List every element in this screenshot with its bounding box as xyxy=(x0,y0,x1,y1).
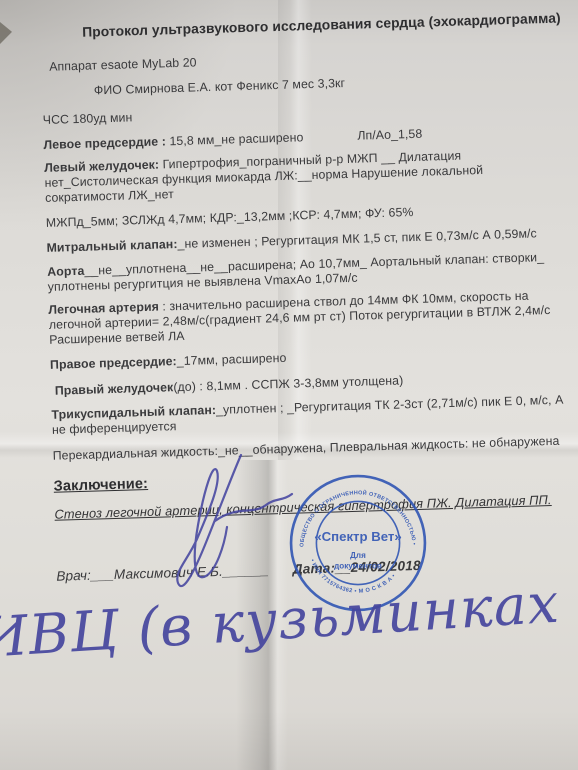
right-ventricle-label: Правый желудочек xyxy=(55,380,174,398)
bottom-shade xyxy=(0,710,578,770)
right-atrium-label: Правое предсердие: xyxy=(50,354,177,372)
patient-line: ФИО Смирнова Е.А. кот Феникс 7 мес 3,3кг xyxy=(94,69,558,98)
stamp-center-sub1: Для xyxy=(350,551,366,560)
right-ventricle-value: (до) : 8,1мм . ССПЖ 3-3,8мм утолщена) xyxy=(173,373,403,394)
aorta-label: Аорта xyxy=(47,264,85,279)
photo-corner-speck xyxy=(0,22,12,44)
pulmonary-artery-value: : значительно расширена ствол до 14мм ФК… xyxy=(49,288,551,346)
stamp-center-name: «Спектр Вет» xyxy=(314,529,401,544)
tricuspid-valve-line: Трикуспидальный клапан:_уплотнен ; _Регу… xyxy=(51,392,568,437)
right-atrium-value: _17мм, расширено xyxy=(177,351,287,368)
tricuspid-valve-label: Трикуспидальный клапан: xyxy=(51,403,216,422)
mitral-valve-label: Митральный клапан: xyxy=(46,237,177,255)
heart-rate-line: ЧСС 180уд мин xyxy=(43,97,559,127)
document-photo: Протокол ультразвукового исследования се… xyxy=(0,0,578,770)
left-ventricle-value: Гипертрофия_пограничный р-р МЖП __ Дилат… xyxy=(44,148,483,204)
left-atrium-value: 15,8 мм_не расширено xyxy=(166,130,304,148)
stamp-center-sub2: документов xyxy=(334,561,382,570)
measurements-line: МЖПд_5мм; ЗСЛЖд 4,7мм; КДР:_13,2мм ;КСР:… xyxy=(46,200,562,230)
fluids-line: Перекардиальная жидкость:_не__обнаружена… xyxy=(53,433,569,463)
left-atrium-label: Левое предсердие : xyxy=(43,134,166,152)
la-ao-ratio: Лп/Ао_1,58 xyxy=(357,127,422,143)
right-atrium-line: Правое предсердие:_17мм, расширено xyxy=(50,342,566,372)
mitral-valve-value: _не изменен ; Регургитация МК 1,5 ст, пи… xyxy=(177,226,537,251)
left-ventricle-line: Левый желудочек: Гипертрофия_пограничный… xyxy=(44,145,561,205)
aorta-line: Аорта__не__уплотнена__не__расширена; Ао … xyxy=(47,249,564,294)
doctor-signature xyxy=(163,443,303,608)
device-line: Аппарат esaote MyLab 20 xyxy=(49,45,557,75)
document-title: Протокол ультразвукового исследования се… xyxy=(82,11,556,42)
pulmonary-artery-line: Легочная артерия : значительно расширена… xyxy=(48,287,565,347)
aorta-value: __не__уплотнена__не__расширена; Ао 10,7м… xyxy=(48,250,545,294)
